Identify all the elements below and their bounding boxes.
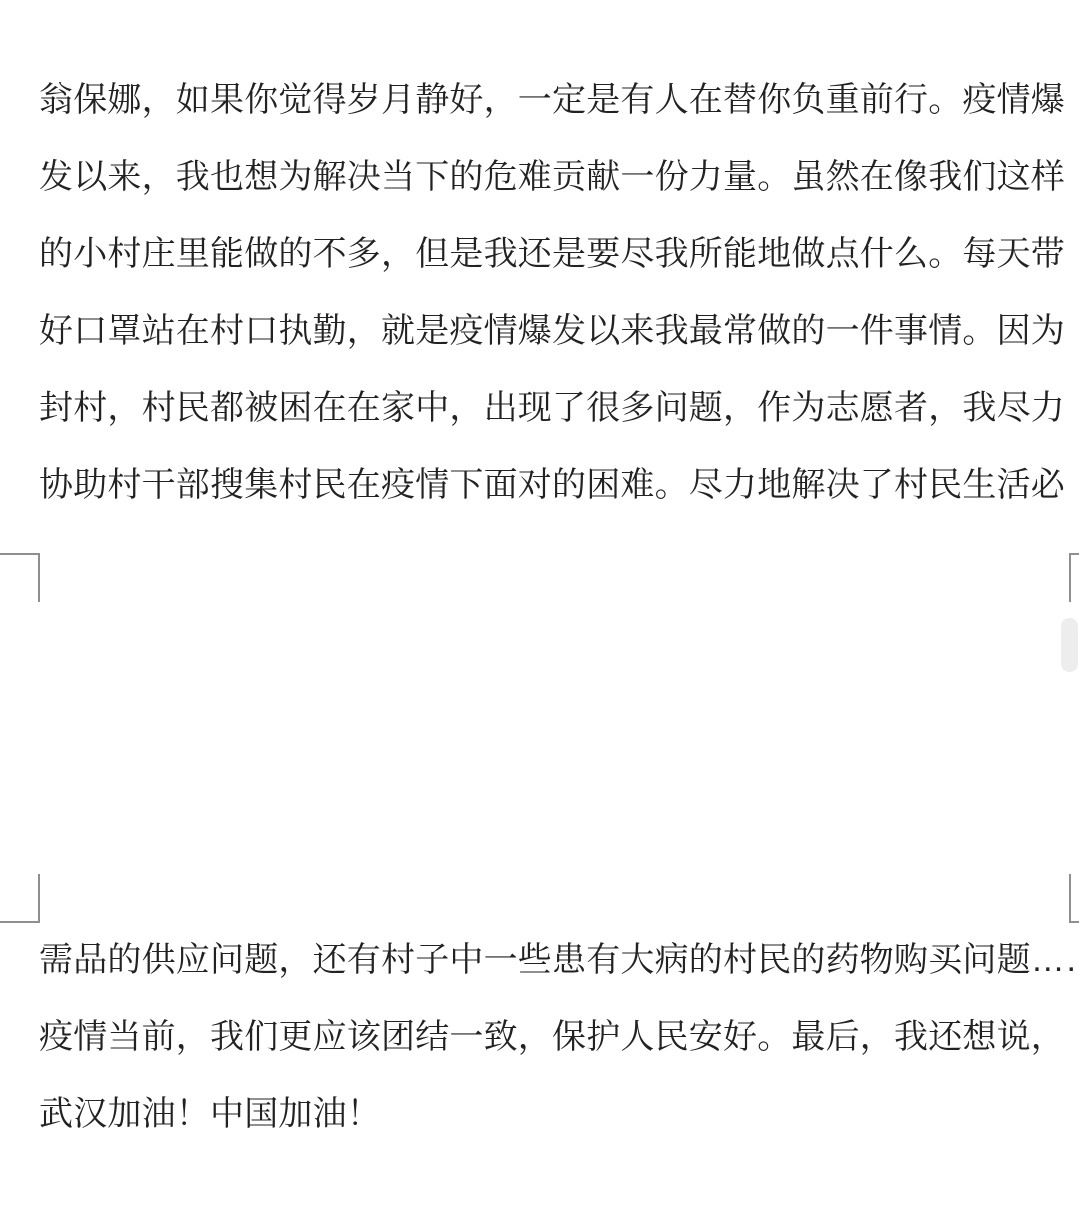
document-viewer: 翁保娜，如果你觉得岁月静好，一定是有人在替你负重前行。疫情爆 发以来，我也想为解… <box>0 0 1079 1206</box>
page1-bottom-right-margin-mark <box>1069 553 1079 602</box>
page1-bottom-left-margin-mark <box>0 553 40 602</box>
page2-top-right-margin-mark <box>1069 874 1079 923</box>
vertical-scrollbar-thumb[interactable] <box>1061 618 1078 672</box>
page2-text-block: 需品的供应问题，还有村子中一些患有大病的村民的药物购买问题…… 疫情当前，我们更… <box>39 922 1074 1153</box>
text-line: 的小村庄里能做的不多，但是我还是要尽我所能地做点什么。每天带 <box>39 216 1074 293</box>
text-line: 好口罩站在村口执勤，就是疫情爆发以来我最常做的一件事情。因为 <box>39 293 1074 370</box>
page1-text-block: 翁保娜，如果你觉得岁月静好，一定是有人在替你负重前行。疫情爆 发以来，我也想为解… <box>39 62 1074 524</box>
page2-top-left-margin-mark <box>0 874 40 923</box>
text-line: 翁保娜，如果你觉得岁月静好，一定是有人在替你负重前行。疫情爆 <box>39 62 1074 139</box>
text-line: 武汉加油！中国加油！ <box>39 1076 1074 1153</box>
text-line: 需品的供应问题，还有村子中一些患有大病的村民的药物购买问题…… <box>39 922 1074 999</box>
text-line: 协助村干部搜集村民在疫情下面对的困难。尽力地解决了村民生活必 <box>39 447 1074 524</box>
text-line: 发以来，我也想为解决当下的危难贡献一份力量。虽然在像我们这样 <box>39 139 1074 216</box>
text-line: 封村，村民都被困在在家中，出现了很多问题，作为志愿者，我尽力 <box>39 370 1074 447</box>
text-line: 疫情当前，我们更应该团结一致，保护人民安好。最后，我还想说， <box>39 999 1074 1076</box>
